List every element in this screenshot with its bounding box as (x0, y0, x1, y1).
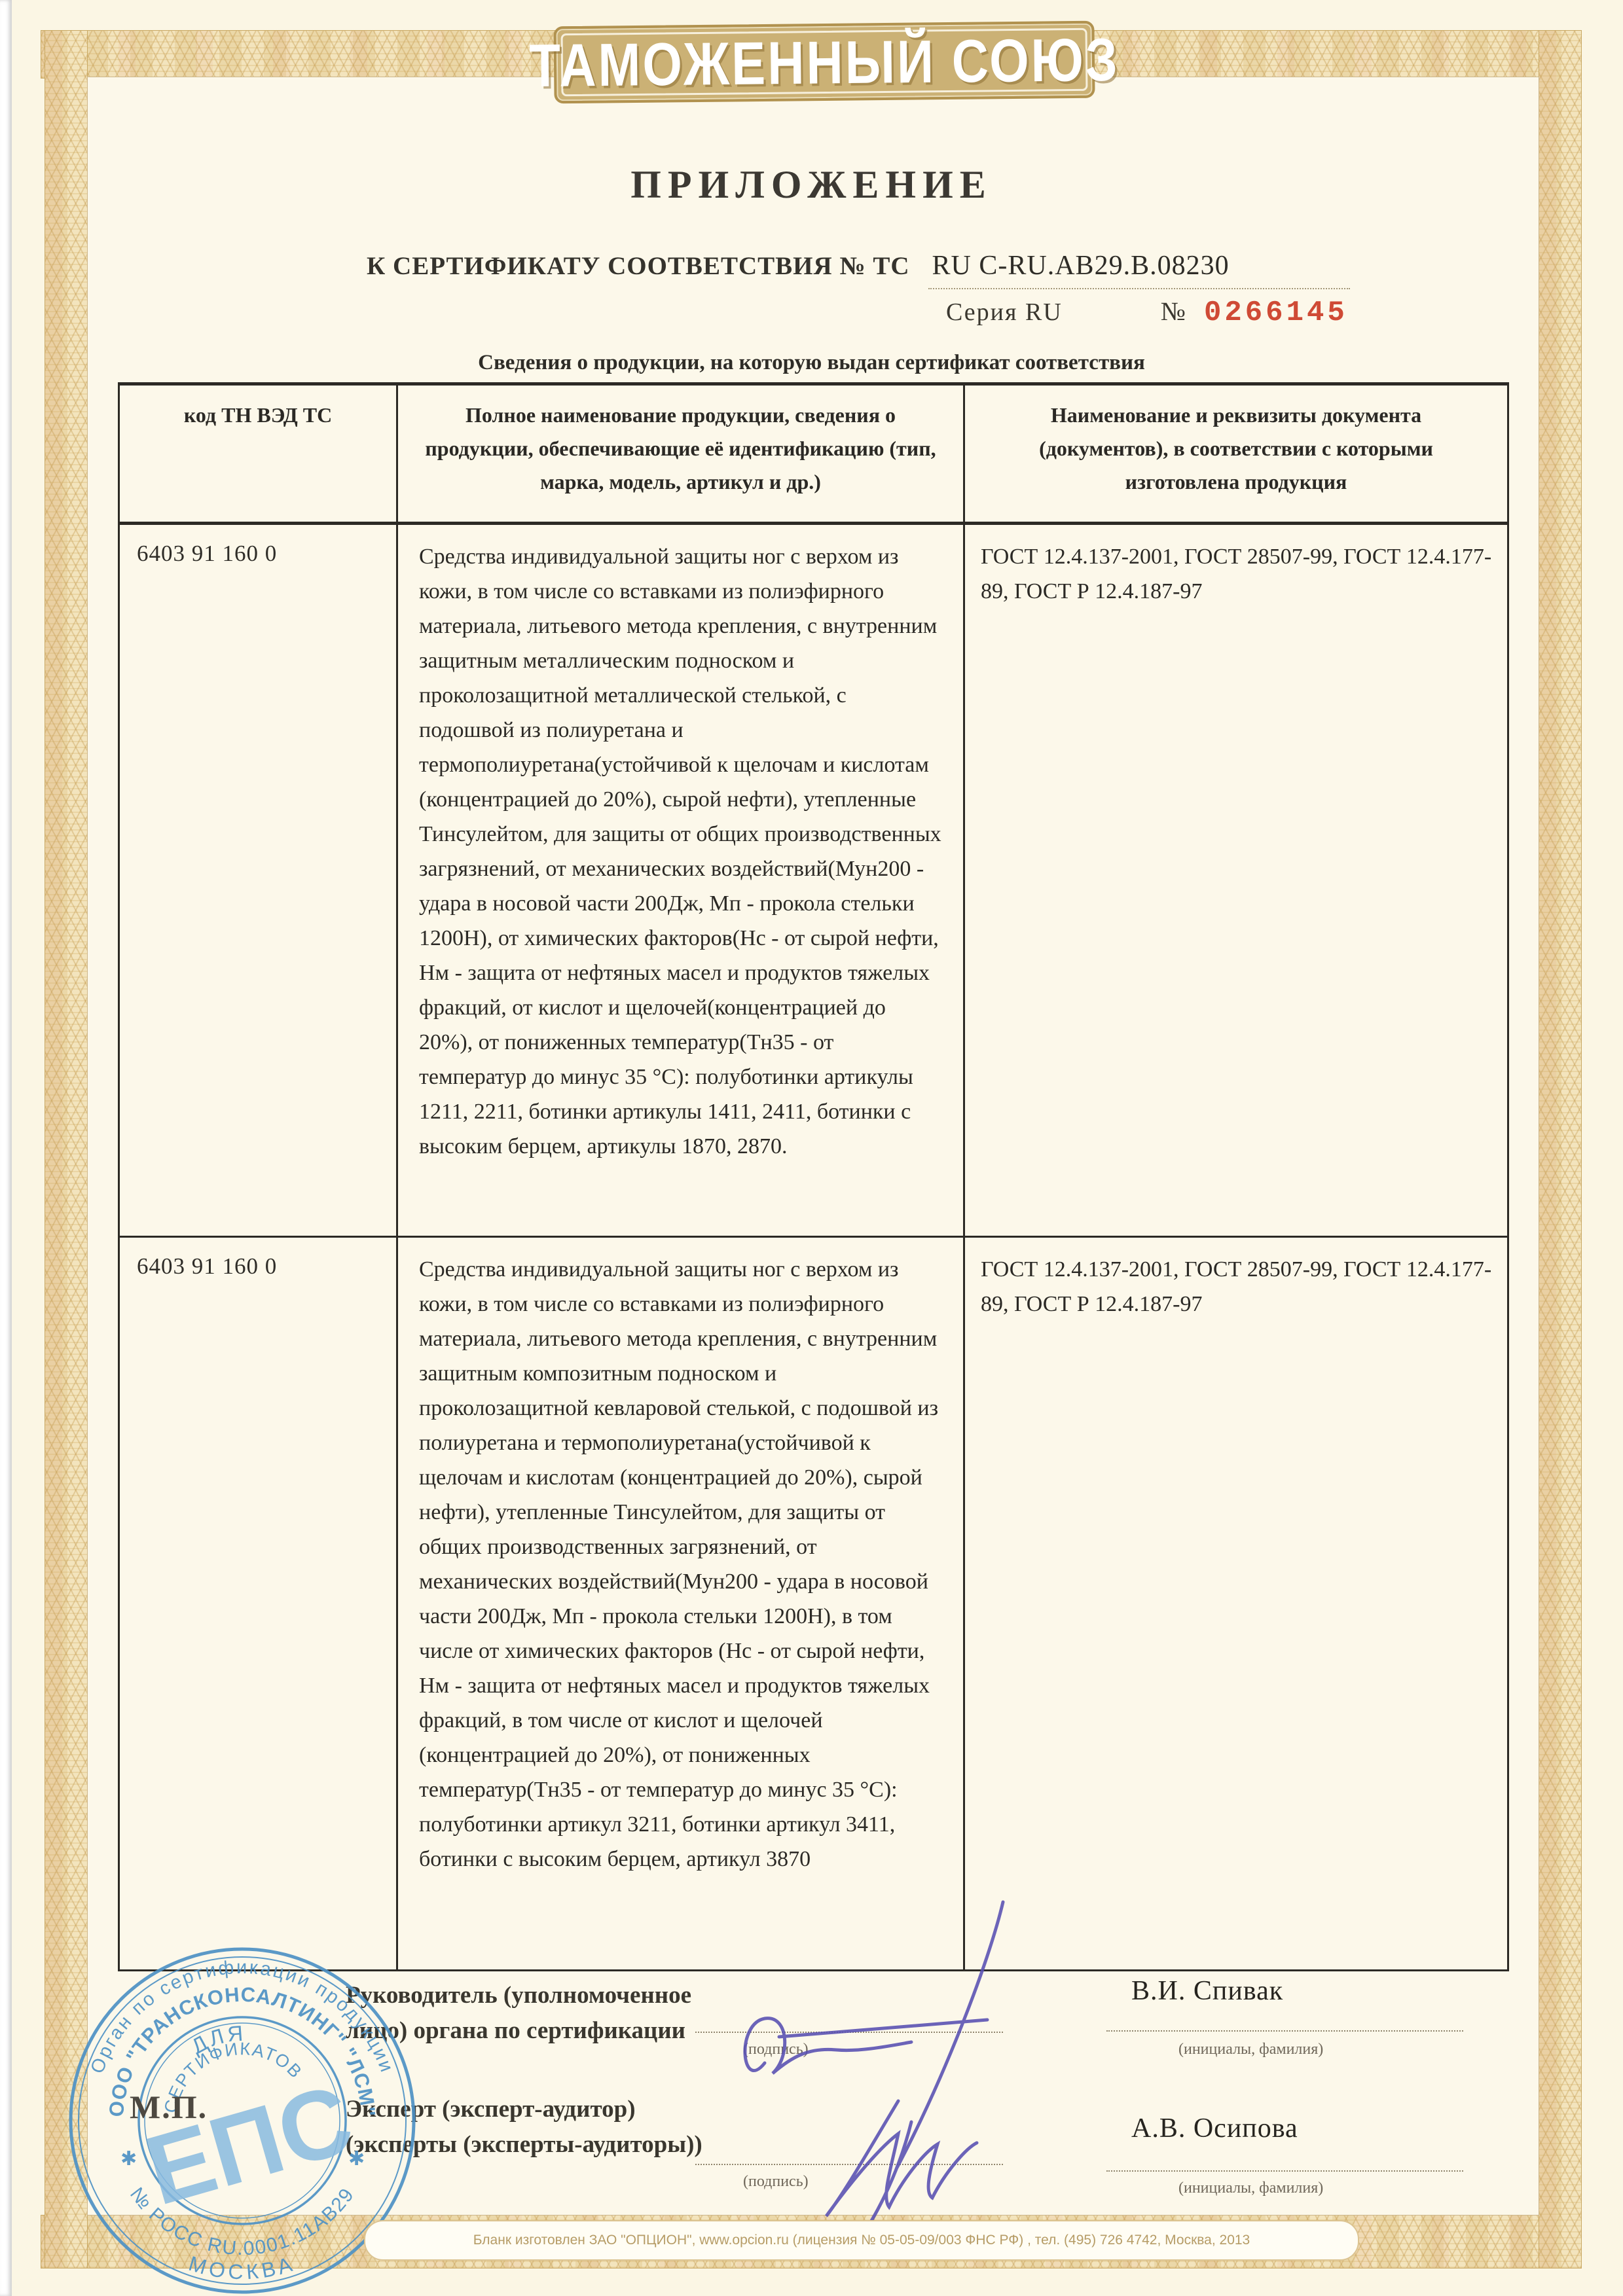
banner-title: ТАМОЖЕННЫЙ СОЮЗ (529, 24, 1120, 100)
product-table: код ТН ВЭД ТС Полное наименование продук… (118, 382, 1509, 1971)
name-caption-expert: (инициалы, фамилия) (1178, 2179, 1323, 2197)
blank-info-pill: Бланк изготовлен ЗАО "ОПЦИОН", www.opcio… (364, 2220, 1359, 2261)
certificate-prefix: К СЕРТИФИКАТУ СООТВЕТСТВИЯ № ТС (367, 251, 910, 281)
name-line-head (1106, 2008, 1463, 2032)
name-caption-head: (инициалы, фамилия) (1178, 2041, 1323, 2058)
head-name: В.И. Спивак (1131, 1975, 1283, 2007)
table-row: 6403 91 160 0 Средства индивидуальной за… (119, 1237, 1508, 1971)
page-title: ПРИЛОЖЕНИЕ (0, 162, 1623, 207)
table-row: 6403 91 160 0 Средства индивидуальной за… (119, 524, 1508, 1237)
row2-code: 6403 91 160 0 (119, 1237, 397, 1971)
row2-description: Средства индивидуальной защиты ног с вер… (397, 1237, 964, 1971)
blank-info-text: Бланк изготовлен ЗАО "ОПЦИОН", www.opcio… (473, 2233, 1250, 2248)
certificate-page: ТАМОЖЕННЫЙ СОЮЗ ПРИЛОЖЕНИЕ К СЕРТИФИКАТУ… (0, 0, 1623, 2296)
signature-stroke (779, 2020, 987, 2037)
series-number-sign: № (1161, 296, 1186, 327)
row1-code: 6403 91 160 0 (119, 524, 397, 1237)
expert-name: А.В. Осипова (1131, 2113, 1298, 2144)
name-line-expert (1106, 2148, 1463, 2172)
table-caption: Сведения о продукции, на которую выдан с… (0, 351, 1623, 375)
handwritten-signatures (681, 1885, 1139, 2251)
series-line: Серия RU № 0266145 (946, 296, 1535, 329)
row1-description: Средства индивидуальной защиты ног с вер… (397, 524, 964, 1237)
header-product: Полное наименование продукции, сведения … (397, 384, 964, 524)
customs-union-banner: ТАМОЖЕННЫЙ СОЮЗ (553, 21, 1095, 104)
header-code: код ТН ВЭД ТС (119, 384, 397, 524)
row1-documents: ГОСТ 12.4.137-2001, ГОСТ 28507-99, ГОСТ … (964, 524, 1508, 1237)
series-label: Серия RU (946, 298, 1063, 327)
signature-stroke (897, 1902, 1003, 2168)
stamp-star-left: ✱ (120, 2148, 137, 2170)
stamp-place-note: М.П. (130, 2088, 208, 2126)
header-documents: Наименование и реквизиты документа (доку… (964, 384, 1508, 524)
scan-edge (0, 0, 12, 2296)
certificate-number-field: RU C-RU.АВ29.В.08230 (928, 250, 1350, 289)
table-header-row: код ТН ВЭД ТС Полное наименование продук… (119, 384, 1508, 524)
certificate-line: К СЕРТИФИКАТУ СООТВЕТСТВИЯ № ТС RU C-RU.… (367, 250, 1519, 289)
series-number: 0266145 (1204, 296, 1348, 329)
row2-documents: ГОСТ 12.4.137-2001, ГОСТ 28507-99, ГОСТ … (964, 1237, 1508, 1971)
certificate-number: RU C-RU.АВ29.В.08230 (932, 251, 1230, 281)
